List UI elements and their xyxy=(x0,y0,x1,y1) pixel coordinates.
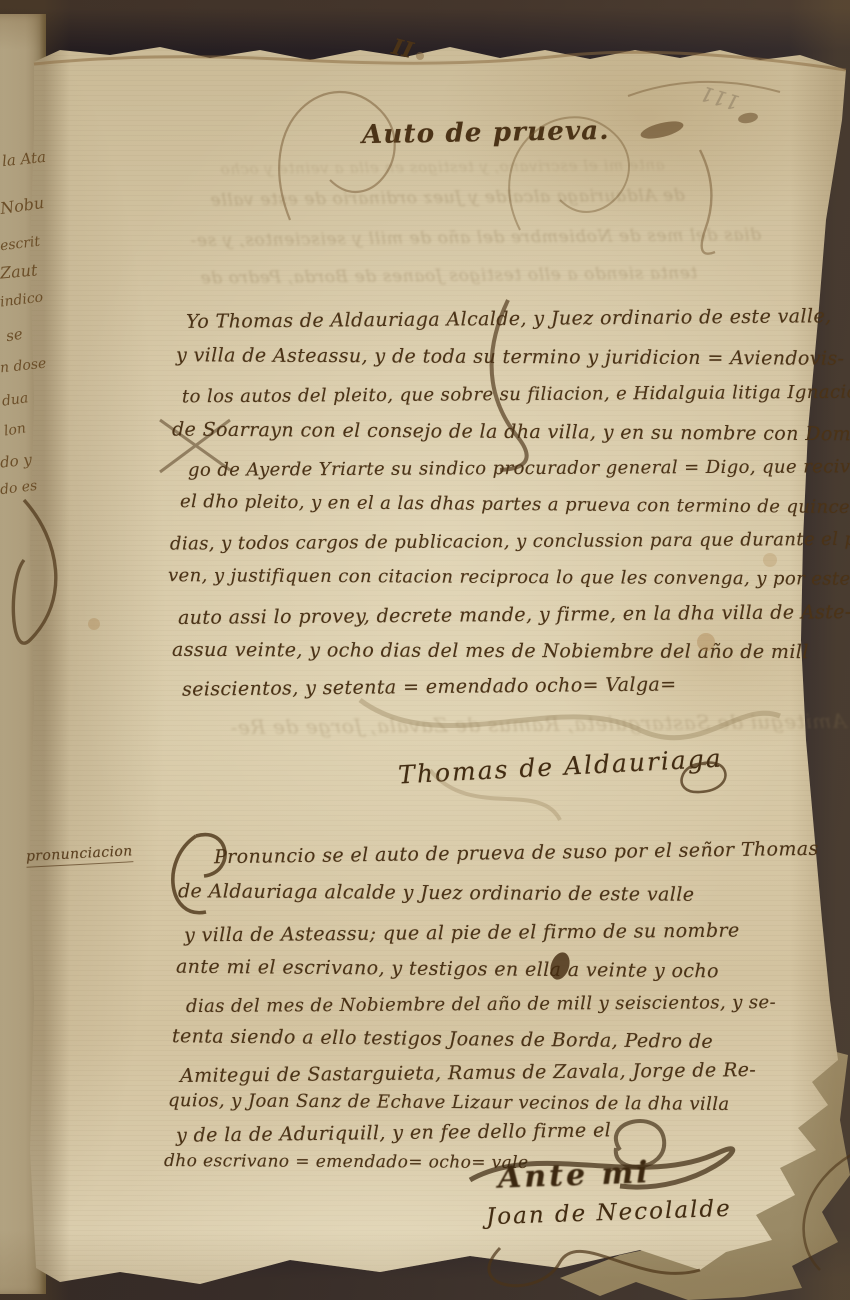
manuscript-line: quios, y Joan Sanz de Echave Lizaur veci… xyxy=(168,1090,730,1115)
document-title: Auto de prueva. xyxy=(362,116,610,150)
manuscript-line: dias del mes de Nobiembre del año de mil… xyxy=(186,992,776,1017)
manuscript-line: de Aldauriaga alcalde y Juez ordinario d… xyxy=(178,880,695,906)
manuscript-line: y villa de Asteassu, y de toda su termin… xyxy=(176,344,844,369)
edge-fragment: se xyxy=(5,325,24,346)
edge-fragment: lon xyxy=(3,420,27,439)
ante-mi-rubric: Ante mi xyxy=(497,1155,651,1195)
manuscript-line: assua veinte, y ocho dias del mes de Nob… xyxy=(172,639,809,663)
manuscript-line: ven, y justifiquen con citacion reciproc… xyxy=(168,565,850,590)
manuscript-photo: la Ata Nobu escrit Zaut indico se n dose… xyxy=(0,0,850,1300)
manuscript-line: go de Ayerde Yriarte su sindico procurad… xyxy=(188,456,850,481)
manuscript-line: dho escrivano = emendado= ocho= vale xyxy=(164,1151,529,1173)
edge-fragment: Zaut xyxy=(0,260,38,282)
edge-fragment: do y xyxy=(0,450,33,471)
manuscript-line: ante mi el escrivano, y testigos en ella… xyxy=(176,956,719,983)
